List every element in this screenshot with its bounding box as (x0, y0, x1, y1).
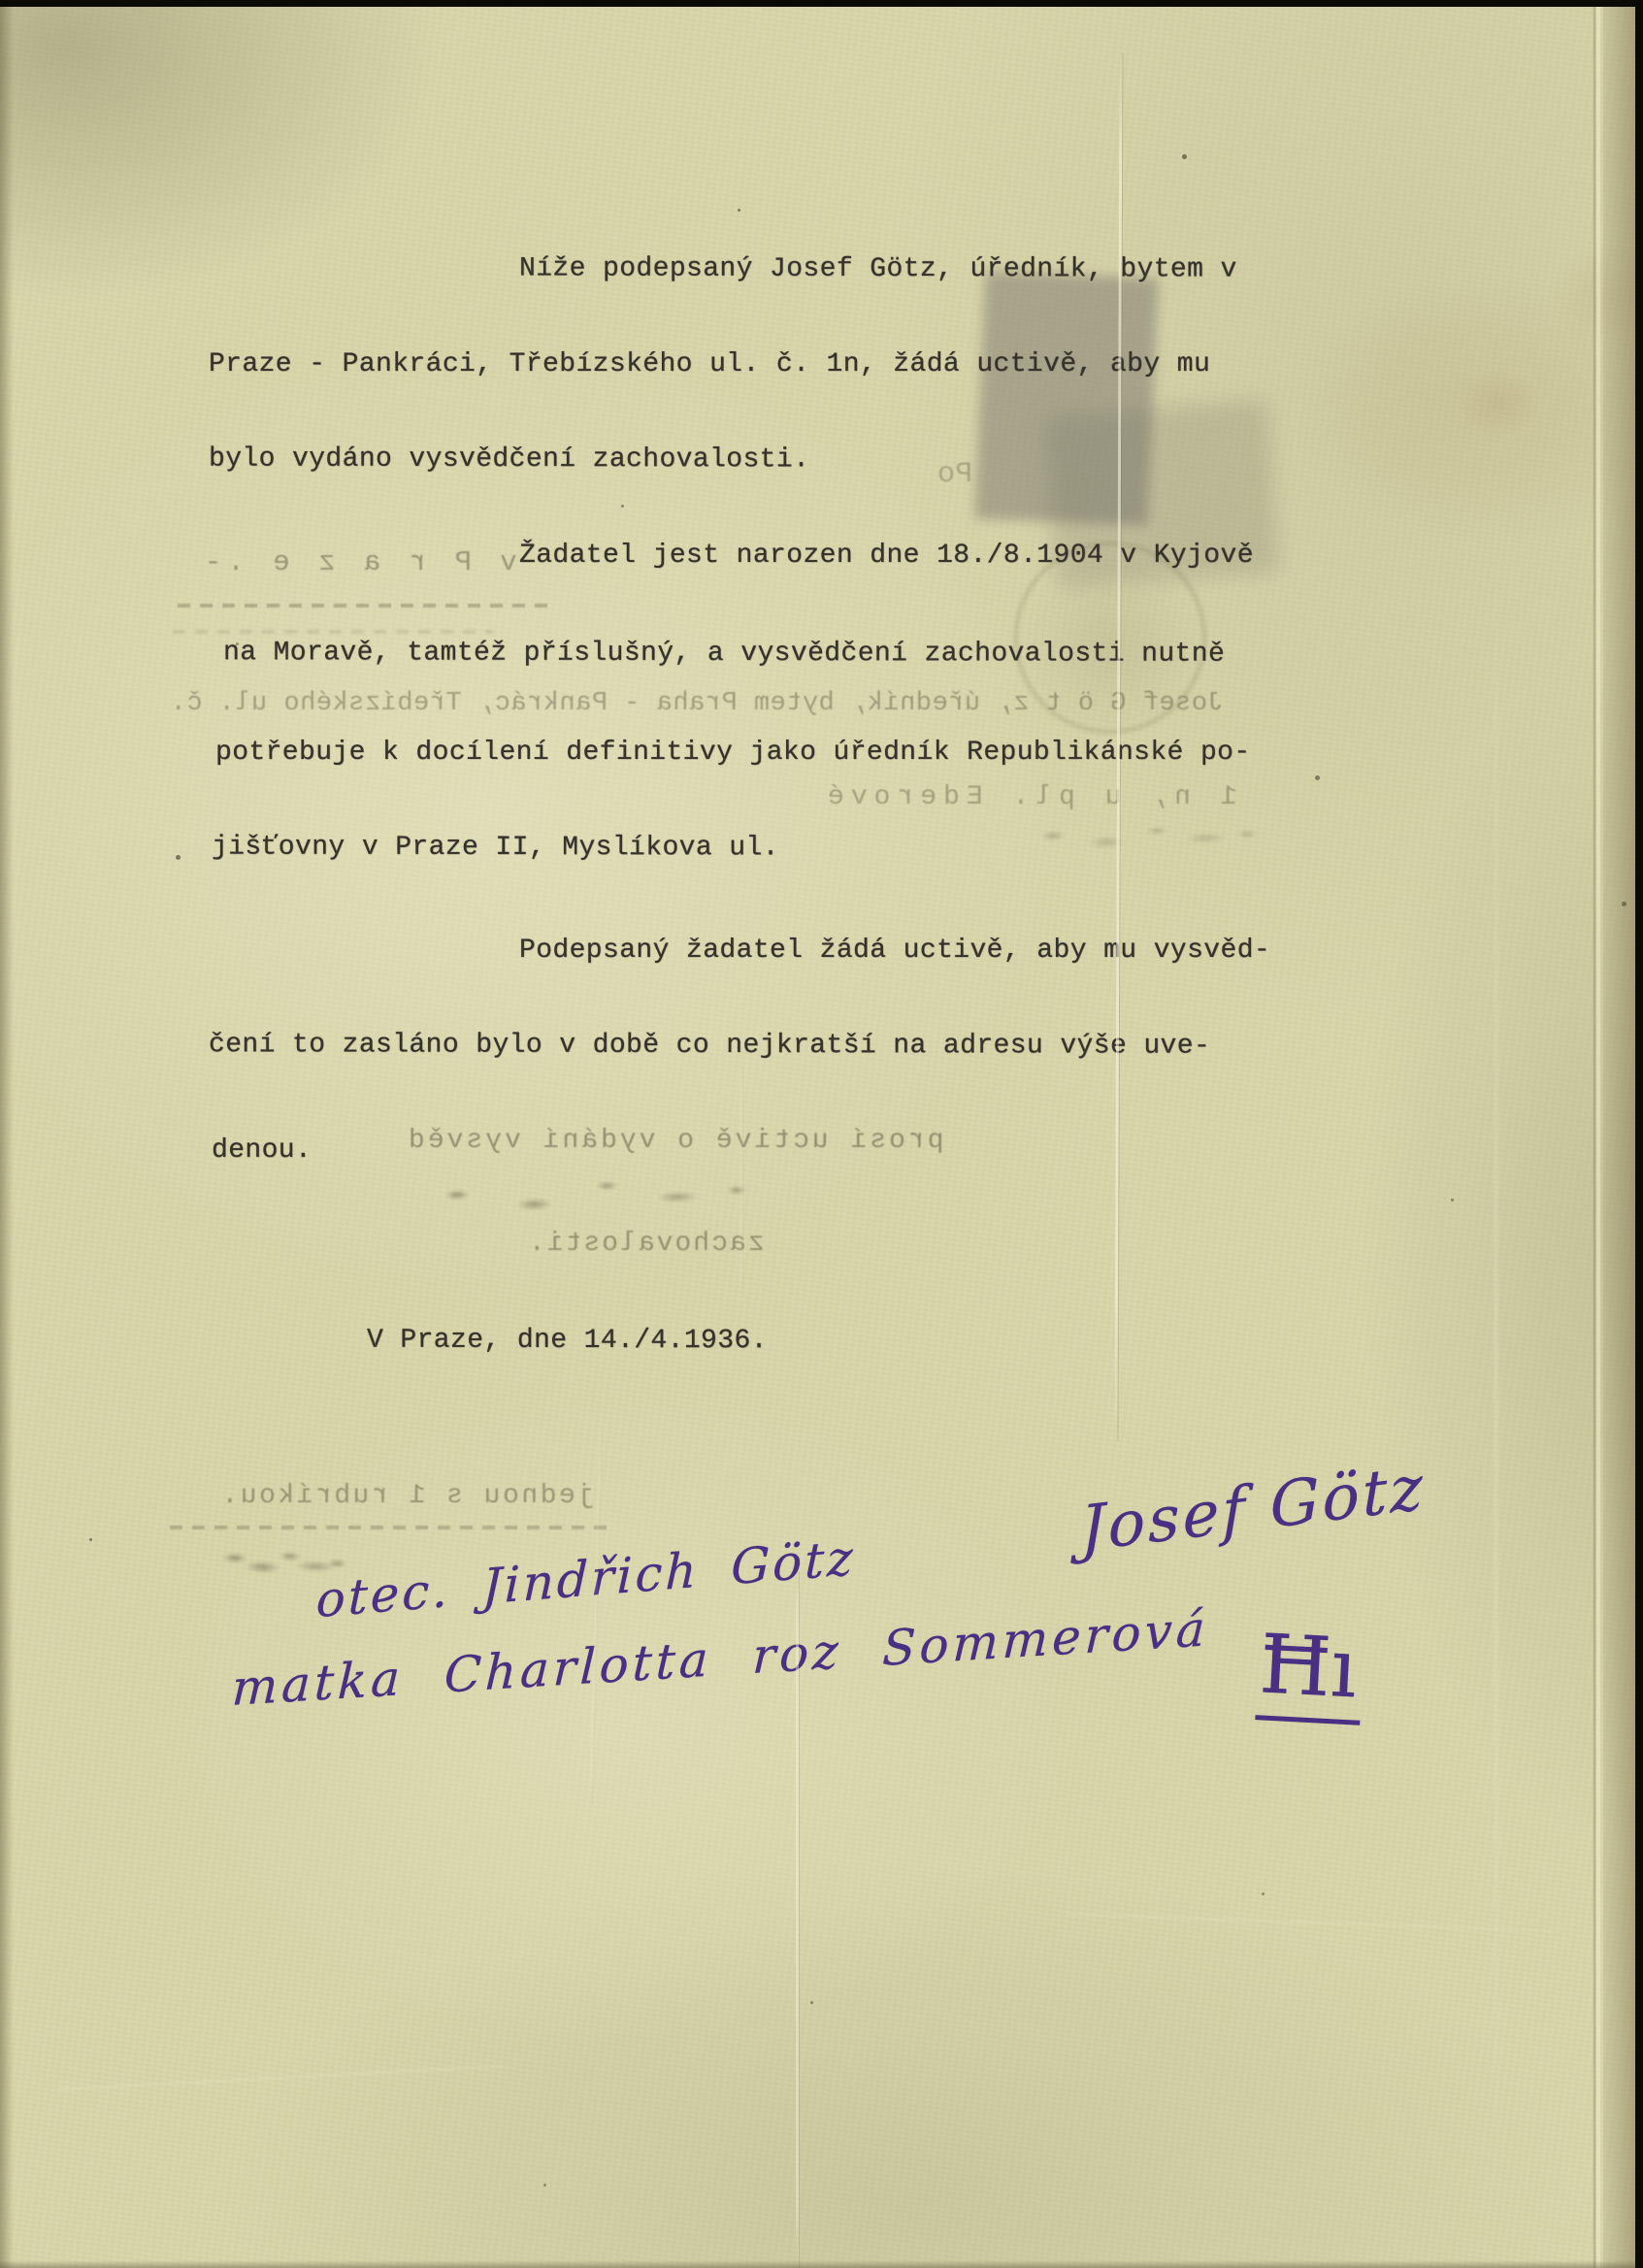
bleedthrough-fragment: Po (937, 458, 972, 491)
typed-line: Praze - Pankráci, Třebízského ul. č. 1n,… (209, 349, 1210, 379)
vertical-crease (796, 1572, 799, 2268)
bleedthrough-dashed-underline-faint (173, 630, 493, 634)
bleedthrough-note-line: jednou s 1 rubríkou. (219, 1481, 594, 1511)
typed-line: Žadatel jest narozen dne 18./8.1904 v Ky… (519, 541, 1254, 571)
scan-edge-right (1635, 0, 1643, 2268)
signature-handwriting: Josef Götz (1080, 1452, 1427, 1566)
typed-line: bylo vydáno vysvědčení zachovalosti. (209, 444, 809, 476)
father-note-handwriting: otec. Jindřich Götz (315, 1529, 856, 1628)
typed-date-line: V Praze, dne 14./4.1936. (367, 1326, 768, 1357)
bleedthrough-dashed-underline (178, 604, 548, 608)
bleedthrough-word-line: zachovalosti. (527, 1229, 764, 1259)
typed-line: na Moravě, tamtéž příslušný, a vysvědčen… (223, 638, 1225, 669)
ink-smudge (1024, 819, 1267, 856)
bleedthrough-heading-line: v P r a z e .- (199, 546, 517, 578)
wrinkle-line (58, 2065, 504, 2090)
right-edge-shading (1603, 0, 1636, 2268)
bleedthrough-street-line: 1 n, u pl. Ederové (821, 782, 1236, 812)
vertical-wrinkle (739, 1068, 742, 1291)
scan-edge-top (0, 0, 1643, 7)
scanned-letter-sheet: v P r a z e .- Josef G ö t z, úředník, b… (0, 0, 1643, 2268)
typed-line: Níže podepsaný Josef Götz, úředník, byte… (519, 253, 1237, 284)
family-mark-handwriting: Ħı (1255, 1616, 1365, 1726)
bottom-edge-shading (0, 2260, 1643, 2268)
bleedthrough-dashed-underline (170, 1526, 608, 1529)
typed-line: Podepsaný žadatel žádá uctivě, aby mu vy… (519, 936, 1270, 966)
wrinkle-line (1495, 417, 1497, 2261)
bleedthrough-request-line: prosí uctivě o vydání vysvěd (406, 1126, 943, 1156)
foxing-stain (1456, 369, 1543, 437)
typed-line: jišťovny v Praze II, Myslíkova ul. (212, 833, 779, 864)
right-edge-fold-ridge (1596, 0, 1600, 2268)
typed-line: denou. (212, 1135, 312, 1166)
typed-line: potřebuje k docílení definitivy jako úře… (215, 738, 1251, 768)
typed-line: čení to zasláno bylo v době co nejkratší… (209, 1030, 1210, 1061)
ink-smudge (414, 1166, 765, 1227)
wrinkle-line (1068, 1913, 1553, 1931)
left-edge-shading (0, 0, 14, 2268)
